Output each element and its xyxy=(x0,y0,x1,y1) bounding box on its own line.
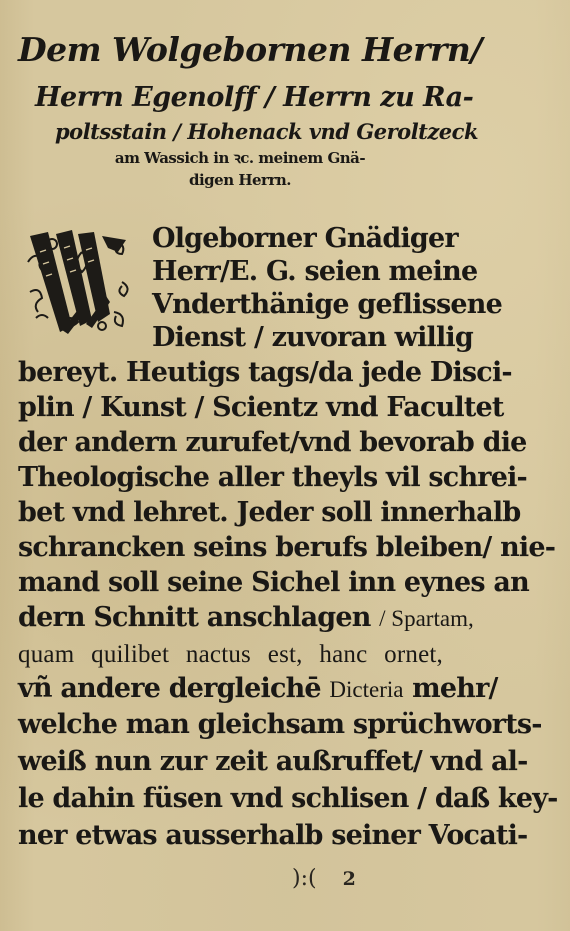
body-line-2: Herr/E. G. seien meine xyxy=(152,255,442,289)
body-line-9: bet vnd lehret. Jeder soll innerhalb xyxy=(18,496,443,530)
body-line-13-latin: quam quilibet nactus est, hanc ornet, xyxy=(18,638,443,672)
body-line-12-latin: / Spartam, xyxy=(379,606,474,631)
signature-symbol: ):( xyxy=(292,866,317,891)
body-line-17: le dahin füsen vnd schlisen / daß key- xyxy=(18,782,443,816)
dedication-heading-line-5: digen Herrn. xyxy=(170,171,310,189)
body-line-11: mand soll seine Sichel inn eynes an xyxy=(18,566,443,600)
decorated-initial-w-icon xyxy=(22,222,138,340)
body-line-15: welche man gleichsam sprüchworts- xyxy=(18,708,443,742)
body-line-12-german: dern Schnitt anschlagen xyxy=(18,602,371,633)
body-line-16: weiß nun zur zeit außruffet/ vnd al- xyxy=(18,745,443,779)
body-line-1: Olgeborner Gnädiger xyxy=(152,222,442,256)
body-line-7: der andern zurufet/vnd bevorab die xyxy=(18,426,443,460)
body-line-14: vñ andere dergleichē Dicteria mehr/ xyxy=(18,672,443,707)
body-line-14-tail: mehr/ xyxy=(412,673,497,704)
dedication-heading-line-4: am Wassich in ꝛc. meinem Gnä- xyxy=(95,148,385,168)
body-line-12: dern Schnitt anschlagen / Spartam, xyxy=(18,601,443,636)
body-line-14-latin: Dicteria xyxy=(329,677,403,702)
dedication-heading-line-1: Dem Wolgebornen Herrn/ xyxy=(18,30,438,69)
body-line-8: Theologische aller theyls vil schrei- xyxy=(18,461,443,495)
body-line-10: schrancken seins berufs bleiben/ nie- xyxy=(18,531,443,565)
body-line-5: bereyt. Heutigs tags/da jede Disci- xyxy=(18,356,443,390)
dedication-heading-line-2: Herrn Egenolff / Herrn zu Ra- xyxy=(35,82,435,113)
body-line-4: Dienst / zuvoran willig xyxy=(152,321,442,355)
body-line-18: ner etwas ausserhalb seiner Vocati- xyxy=(18,819,443,853)
body-line-3: Vnderthänige geflissene xyxy=(152,288,442,322)
signature-mark: ):(2 xyxy=(292,866,356,891)
dedication-heading-line-3: poltsstain / Hohenack vnd Geroltzeck xyxy=(55,119,420,144)
body-line-14-german: vñ andere dergleichē xyxy=(18,673,321,704)
signature-number: 2 xyxy=(343,868,356,890)
body-line-6: plin / Kunst / Scientz vnd Facultet xyxy=(18,391,443,425)
document-page: Dem Wolgebornen Herrn/ Herrn Egenolff / … xyxy=(0,0,570,931)
